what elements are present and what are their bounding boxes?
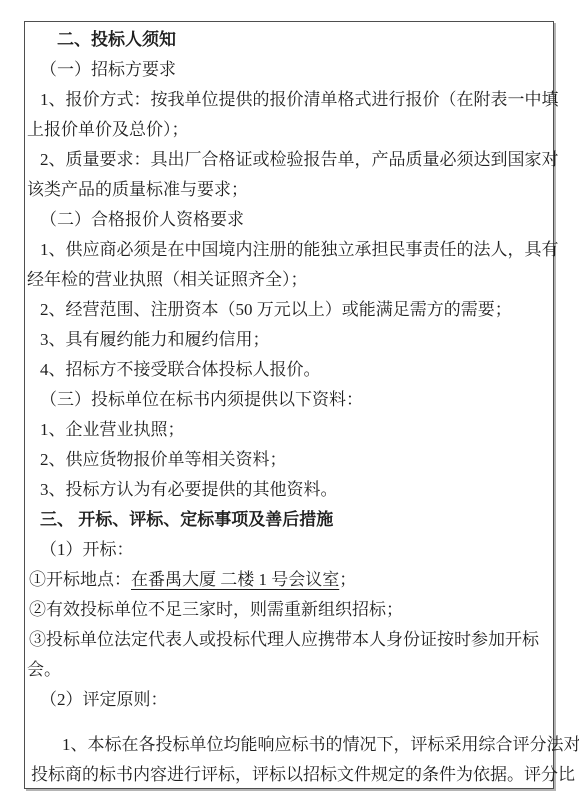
doc-line: 经年检的营业执照（相关证照齐全）； [27,265,551,295]
tender-document-page: 二、投标人须知 （一）招标方要求 1、报价方式：按我单位提供的报价清单格式进行报… [27,25,551,790]
subsection-heading: （1）开标： [27,535,551,565]
section-heading-opening-evaluation: 三、 开标、评标、定标事项及善后措施 [27,505,551,535]
underlined-location: 在番禺大厦 二楼 1 号会议室 [131,570,339,589]
subsection-heading: （三）投标单位在标书内须提供以下资料： [27,385,551,415]
page-border: 二、投标人须知 （一）招标方要求 1、报价方式：按我单位提供的报价清单格式进行报… [24,21,554,789]
doc-line: 2、经营范围、注册资本（50 万元以上）或能满足需方的需要； [27,295,551,325]
subsection-heading: （二）合格报价人资格要求 [27,205,551,235]
doc-line-post: ； [339,570,356,589]
doc-line: 2、供应货物报价单等相关资料； [27,445,551,475]
doc-line: 1、企业营业执照； [27,415,551,445]
doc-line: 上报价单价及总价）； [27,115,551,145]
doc-line: 该类产品的质量标准与要求； [27,175,551,205]
doc-line: 1、报价方式：按我单位提供的报价清单格式进行报价（在附表一中填 [27,85,551,115]
doc-line: 4、招标方不接受联合体投标人报价。 [27,355,551,385]
doc-line-pre: ①开标地点： [29,570,131,589]
doc-line: 1、本标在各投标单位均能响应标书的情况下，评标采用综合评分法对 [27,730,551,760]
doc-line: ②有效投标单位不足三家时，则需重新组织招标； [27,595,551,625]
subsection-heading: （2）评定原则： [27,685,551,715]
doc-line: 3、具有履约能力和履约信用； [27,325,551,355]
doc-line-opening-location: ①开标地点：在番禺大厦 二楼 1 号会议室； [27,565,551,595]
doc-line: ③投标单位法定代表人或投标代理人应携带本人身份证按时参加开标 [27,625,551,655]
subsection-heading: （一）招标方要求 [27,55,551,85]
doc-line: 投标商的标书内容进行评标，评标以招标文件规定的条件为依据。评分比 [27,760,551,790]
section-heading-bidder-notice: 二、投标人须知 [27,25,551,55]
doc-line: 会。 [27,655,551,685]
doc-line: 1、供应商必须是在中国境内注册的能独立承担民事责任的法人，具有 [27,235,551,265]
doc-line: 3、投标方认为有必要提供的其他资料。 [27,475,551,505]
doc-line: 2、质量要求：具出厂合格证或检验报告单，产品质量必须达到国家对 [27,145,551,175]
